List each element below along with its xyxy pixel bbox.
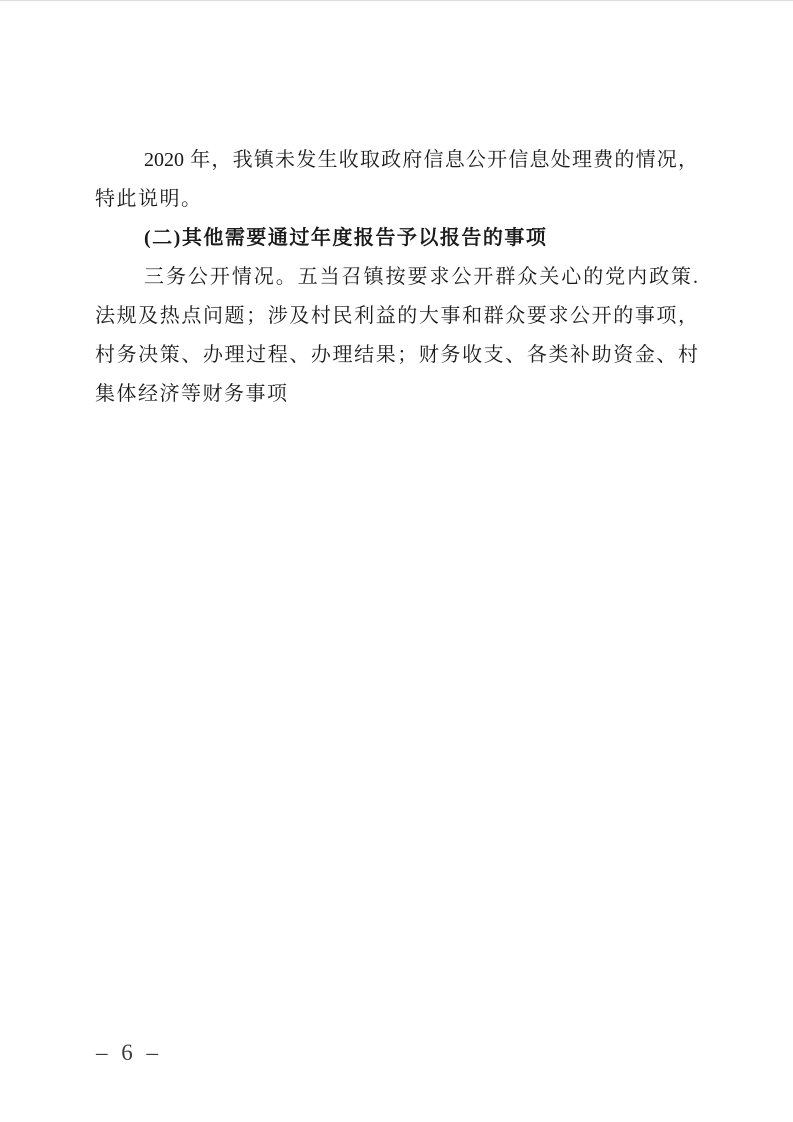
document-body: 2020 年，我镇未发生收取政府信息公开信息处理费的情况，特此说明。(二)其他需… xyxy=(95,141,698,414)
page-number: – 6 – xyxy=(96,1040,162,1066)
text-line: (二)其他需要通过年度报告予以报告的事项 xyxy=(95,219,698,258)
text-line: 2020 年，我镇未发生收取政府信息公开信息处理费的情况， xyxy=(95,141,698,180)
text-line: 村务决策、办理过程、办理结果；财务收支、各类补助资金、村 xyxy=(95,336,698,375)
text-line: 特此说明。 xyxy=(95,180,698,219)
text-line: 三务公开情况。五当召镇按要求公开群众关心的党内政策. xyxy=(95,258,698,297)
scan-edge-line xyxy=(0,0,793,1)
text-line: 集体经济等财务事项 xyxy=(95,375,698,414)
document-page: 2020 年，我镇未发生收取政府信息公开信息处理费的情况，特此说明。(二)其他需… xyxy=(0,0,793,1122)
text-line: 法规及热点问题；涉及村民利益的大事和群众要求公开的事项， xyxy=(95,297,698,336)
